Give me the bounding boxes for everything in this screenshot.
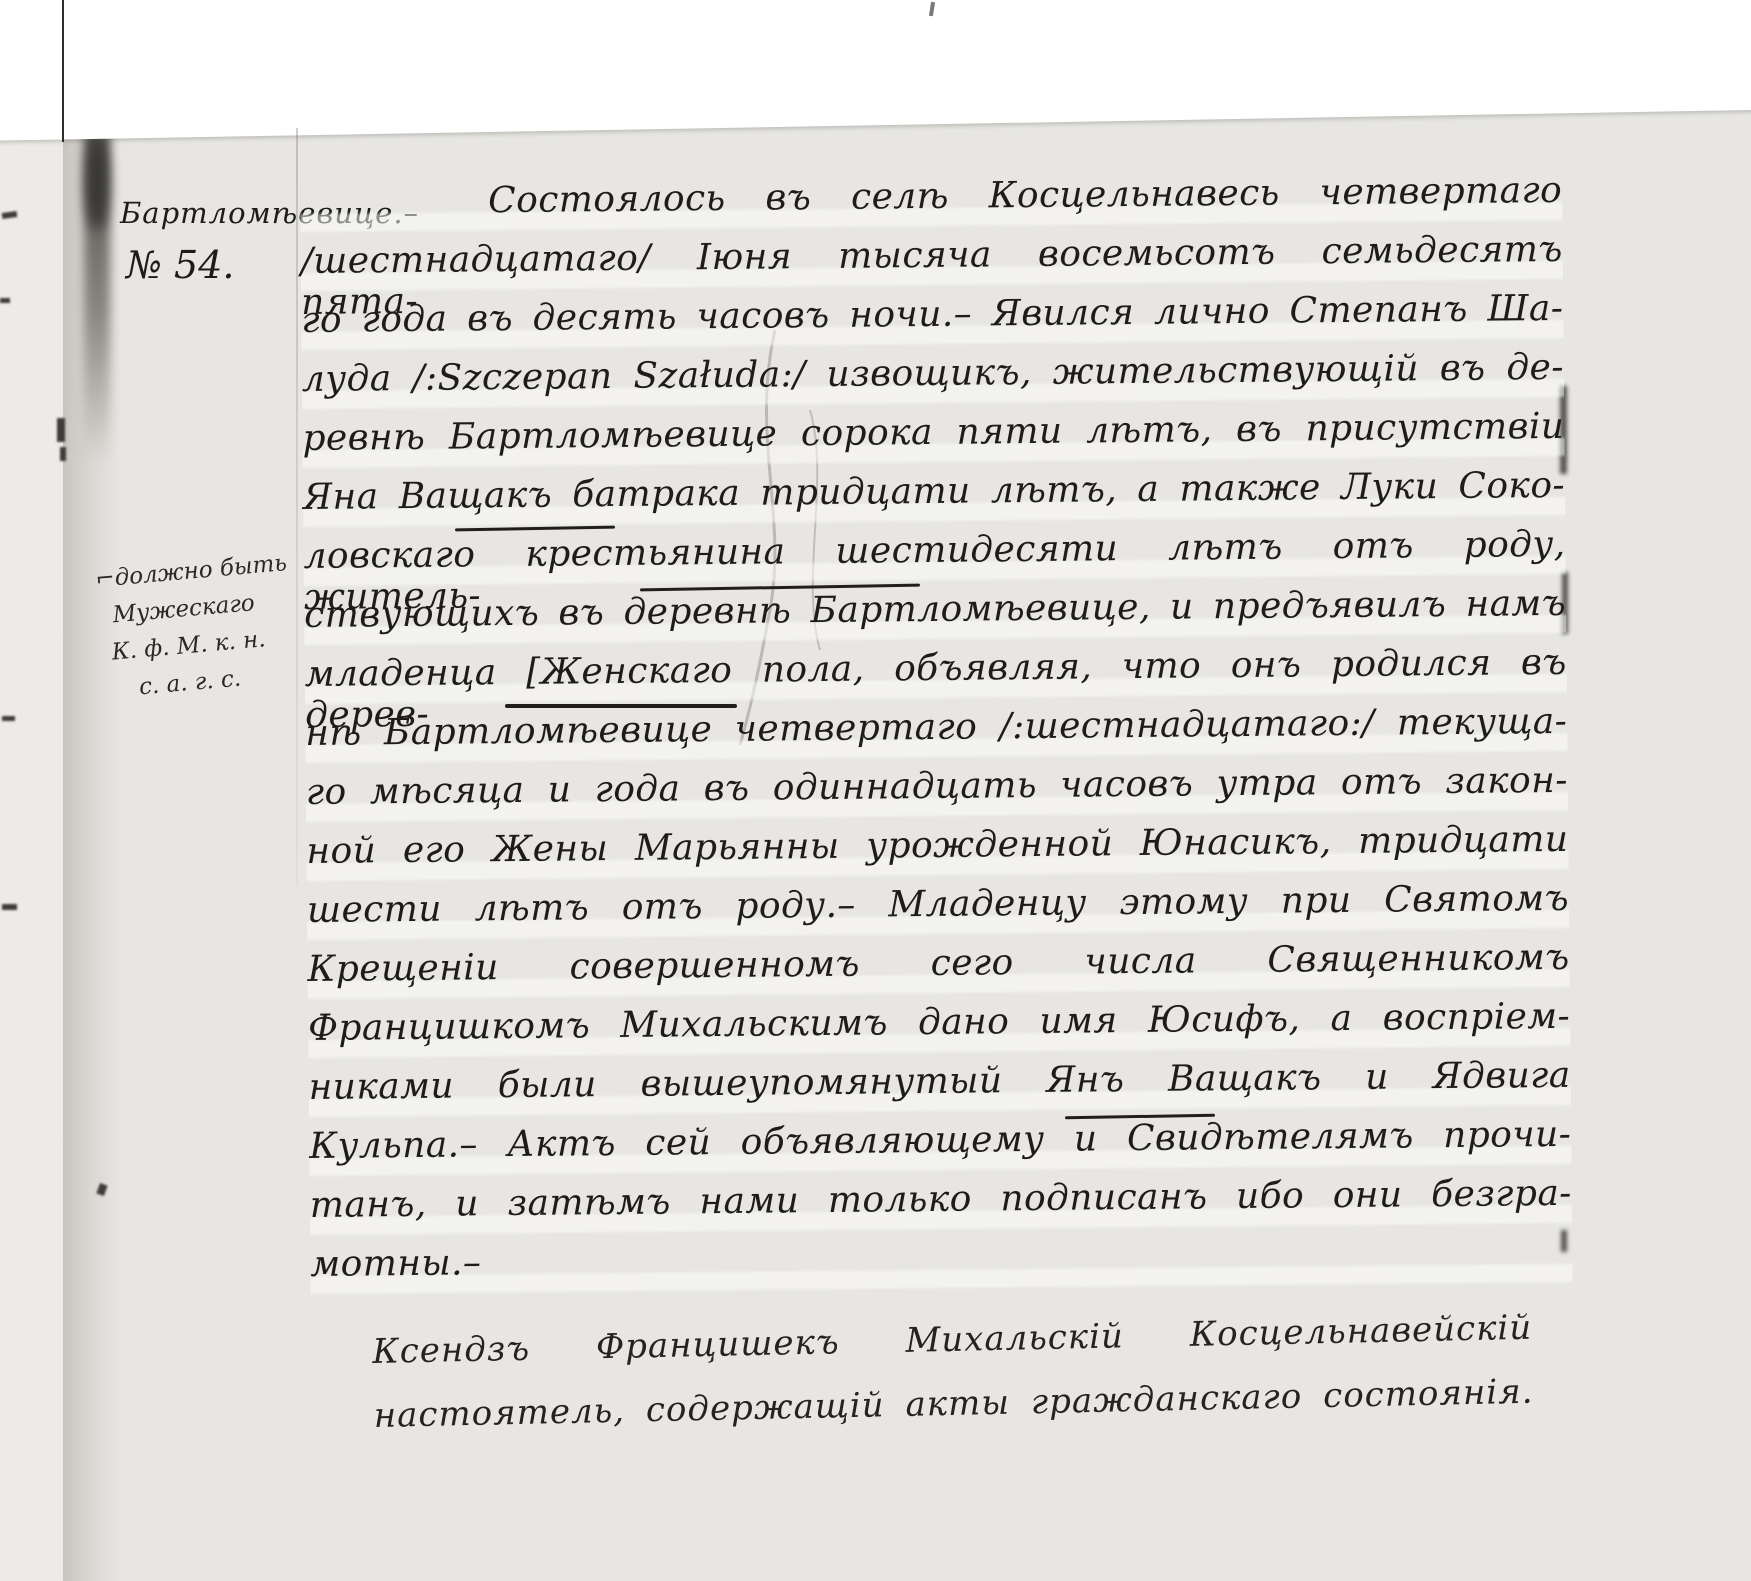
edge-ink-tick xyxy=(2,716,15,721)
scanned-register-page: Бартломѣевице.– № 54. ⌐должно быть Мужес… xyxy=(0,0,1751,1581)
scanner-left-margin xyxy=(0,0,63,1581)
edge-ink-tick xyxy=(57,418,65,442)
paper-fold-crease xyxy=(296,128,298,886)
act-text-line: мотны.– xyxy=(310,1232,1573,1303)
edge-ink-tick xyxy=(2,904,17,910)
underline-mark xyxy=(505,704,737,708)
edge-ink-tick xyxy=(60,447,66,461)
act-text-block: Состоялось въ селѣ Косцельнавесь четверт… xyxy=(300,170,1573,1303)
margin-act-number: № 54. xyxy=(126,243,234,287)
page-spine-line xyxy=(62,0,64,142)
margin-correction-note: ⌐должно быть Мужескаго К. ф. М. к. н. с.… xyxy=(94,543,326,710)
signature-block: Ксендзъ Францишекъ Михальскій Косцельнав… xyxy=(372,1308,1534,1460)
binding-ink-smudge xyxy=(86,138,108,230)
scanner-white-strip xyxy=(0,0,1751,141)
edge-ink-tick xyxy=(0,298,10,303)
